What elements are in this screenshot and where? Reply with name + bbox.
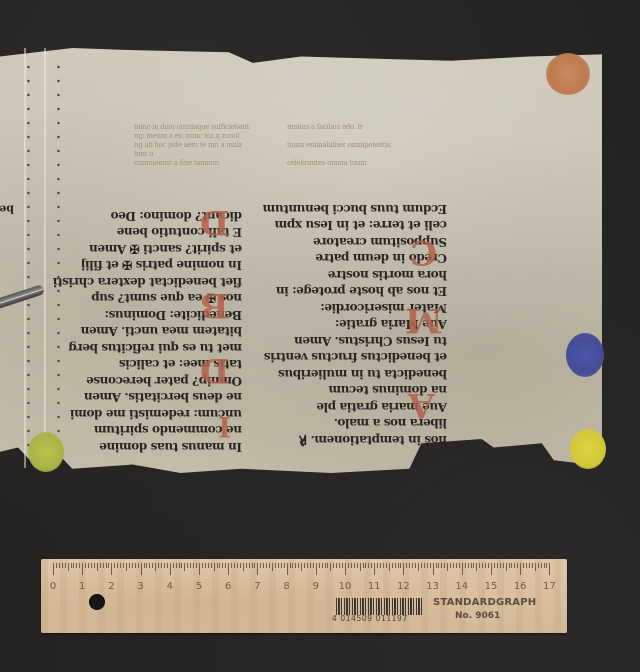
ruler-model: No. 9061 xyxy=(455,611,500,621)
faint-line: ng ab hoc pste aem te mn a mnlz xyxy=(134,141,249,150)
ruler-tick xyxy=(441,563,442,568)
ruler-tick xyxy=(79,563,80,568)
ruler-brand: STANDARDGRAPH xyxy=(433,597,536,608)
ruler-tick xyxy=(307,563,308,568)
ruler-tick xyxy=(450,563,451,568)
ruler-tick xyxy=(56,563,57,568)
left-partial-text: benedic domine: Deo xyxy=(0,200,14,217)
ruler-number: 11 xyxy=(368,581,381,592)
ruler-tick xyxy=(485,563,486,568)
ruler-tick xyxy=(281,563,282,568)
ruler-tick xyxy=(193,563,194,568)
ruler-tick xyxy=(181,563,182,568)
ruler-tick xyxy=(409,563,410,568)
ruler-tick xyxy=(292,563,293,568)
ruler-tick xyxy=(330,563,331,571)
ruler-tick xyxy=(65,563,66,568)
ruler-tick xyxy=(144,563,145,568)
ruler-tick xyxy=(164,563,165,568)
ruler-tick xyxy=(228,563,229,575)
ruler-tick xyxy=(173,563,174,568)
faint-offset-text-right: manus a facibus edo. fr tuum eminabilite… xyxy=(287,123,391,168)
ruler-tick xyxy=(517,563,518,568)
ruler-tick xyxy=(398,563,399,568)
ruler-tick xyxy=(322,563,323,568)
ruler-tick xyxy=(260,563,261,568)
ruler-number: 15 xyxy=(485,581,498,592)
barcode xyxy=(336,598,422,615)
ruler-tick xyxy=(97,563,98,571)
ruler-tick xyxy=(301,563,302,571)
ruler-tick xyxy=(263,563,264,568)
ruler-tick xyxy=(149,563,150,568)
ruler-tick xyxy=(386,563,387,568)
ruler-number: 16 xyxy=(514,581,527,592)
ruler-tick xyxy=(354,563,355,568)
ruler-tick xyxy=(430,563,431,568)
ruler-number: 0 xyxy=(50,581,56,592)
ruler-tick xyxy=(374,563,375,575)
ruler-tick xyxy=(488,563,489,568)
ruler-tick xyxy=(278,563,279,568)
ruler-tick xyxy=(427,563,428,568)
ruler-tick xyxy=(252,563,253,568)
ruler-tick xyxy=(103,563,104,568)
rubric-initial: B xyxy=(200,285,229,325)
ruler-tick xyxy=(345,563,346,575)
faint-line: tum u xyxy=(134,150,249,159)
ruler-tick xyxy=(222,563,223,568)
ruler-tick xyxy=(85,563,86,568)
ruler-tick xyxy=(406,563,407,568)
orange-pigment-spot xyxy=(546,53,590,95)
ruler-tick xyxy=(526,563,527,568)
ruler-tick xyxy=(380,563,381,568)
ruler-number: 3 xyxy=(137,581,143,592)
ruler-tick xyxy=(357,563,358,568)
ruler-tick xyxy=(544,563,545,568)
ruler-tick xyxy=(529,563,530,568)
ruler-number: 6 xyxy=(225,581,231,592)
ruler-tick xyxy=(523,563,524,568)
ruler-tick xyxy=(272,563,273,571)
ruler-tick xyxy=(219,563,220,568)
ruler-tick xyxy=(473,563,474,568)
faint-line: cunnuemur a fine nminnn xyxy=(134,159,249,168)
ruler-tick xyxy=(141,563,142,575)
ruler-tick xyxy=(511,563,512,568)
text-line: ne commendo spiritum xyxy=(72,422,242,439)
ruler-tick xyxy=(339,563,340,568)
ruler-tick xyxy=(170,563,171,575)
ruler-tick xyxy=(202,563,203,568)
ruler-tick xyxy=(520,563,521,575)
ruler-tick xyxy=(217,563,218,568)
ruler-tick xyxy=(514,563,515,568)
ruler-number: 10 xyxy=(339,581,352,592)
ruler-tick xyxy=(363,563,364,568)
fold-line xyxy=(44,48,46,468)
ruler-tick xyxy=(494,563,495,568)
ruler-tick xyxy=(459,563,460,568)
ruler-number: 14 xyxy=(455,581,468,592)
ruler-tick xyxy=(503,563,504,568)
ruler-tick xyxy=(476,563,477,571)
ruler-tick xyxy=(415,563,416,568)
fold-line xyxy=(24,48,26,468)
ruler-tick xyxy=(377,563,378,568)
ruler-tick xyxy=(94,563,95,568)
text-line: In nomine patris ✠ et filij xyxy=(72,257,242,274)
ruler-number: 13 xyxy=(426,581,439,592)
ruler-tick xyxy=(161,563,162,568)
ruler-number: 7 xyxy=(254,581,260,592)
ruler-tick xyxy=(453,563,454,568)
ruler-tick xyxy=(433,563,434,575)
ruler-number: 12 xyxy=(397,581,410,592)
text-line: et spirit? sancti ✠ Amen xyxy=(72,241,242,258)
ruler-tick xyxy=(333,563,334,568)
ruler-tick xyxy=(392,563,393,568)
ruler-tick xyxy=(82,563,83,575)
ruler-tick xyxy=(400,563,401,568)
ruler-tick xyxy=(73,563,74,568)
ruler-tick xyxy=(368,563,369,568)
ruler-tick xyxy=(71,563,72,568)
ruler-tick xyxy=(205,563,206,568)
sewing-holes xyxy=(27,60,30,450)
ruler-tick xyxy=(403,563,404,575)
sewing-holes xyxy=(57,60,60,450)
scale-ruler: 01234567891011121314151617 4 014509 0111… xyxy=(41,559,567,633)
ruler-tick xyxy=(275,563,276,568)
ruler-tick xyxy=(249,563,250,568)
ruler-tick xyxy=(208,563,209,568)
ruler-tick xyxy=(287,563,288,575)
ruler-tick xyxy=(126,563,127,571)
ruler-tick xyxy=(436,563,437,568)
text-line: Et nos ab hoste protege: in xyxy=(277,283,447,300)
ruler-tick xyxy=(123,563,124,568)
text-line: uncum: redemisti me domi xyxy=(72,406,242,423)
ruler-tick xyxy=(479,563,480,568)
ruler-tick xyxy=(211,563,212,568)
text-line: benedic domine: Deo xyxy=(0,203,14,216)
ruler-tick xyxy=(129,563,130,568)
ruler-tick xyxy=(325,563,326,568)
ruler-tick xyxy=(146,563,147,568)
faint-line: nunc in dom omniaque sufficiebant xyxy=(134,123,249,132)
yellow-pigment-spot xyxy=(570,429,606,469)
ruler-tick xyxy=(269,563,270,568)
ruler-tick xyxy=(158,563,159,568)
ruler-tick xyxy=(365,563,366,568)
faint-line: ng: meum z ex: nunc inz q zunol xyxy=(134,132,249,141)
ruler-tick xyxy=(535,563,536,571)
yellow-green-pigment-spot xyxy=(28,432,64,472)
text-line: et benedictus fructus ventris xyxy=(277,349,447,366)
ruler-tick xyxy=(231,563,232,568)
ruler-tick xyxy=(336,563,337,568)
ruler-tick xyxy=(225,563,226,568)
rubric-initial: D xyxy=(200,350,229,390)
text-column-left: In manus tuas domine ne commendo spiritu… xyxy=(72,205,242,455)
ruler-tick xyxy=(176,563,177,568)
ruler-tick xyxy=(190,563,191,568)
ruler-tick xyxy=(383,563,384,568)
ruler-tick xyxy=(418,563,419,571)
ruler-tick xyxy=(316,563,317,575)
ruler-tick xyxy=(179,563,180,568)
ruler-tick xyxy=(234,563,235,568)
ruler-tick xyxy=(549,563,550,575)
ruler-tick xyxy=(106,563,107,568)
ruler-tick xyxy=(421,563,422,568)
ruler-tick xyxy=(541,563,542,568)
ruler-tick xyxy=(152,563,153,568)
ruler-tick xyxy=(199,563,200,575)
faint-offset-text-left: nunc in dom omniaque sufficiebant ng: me… xyxy=(134,123,249,168)
ruler-tick xyxy=(298,563,299,568)
ruler-tick xyxy=(360,563,361,571)
ruler-tick xyxy=(290,563,291,568)
ruler-tick xyxy=(319,563,320,568)
text-line: ne deus bercitatis. Amen xyxy=(72,389,242,406)
text-line: In manus tuas domine xyxy=(72,439,242,456)
ruler-tick xyxy=(395,563,396,568)
ruler-number: 4 xyxy=(167,581,173,592)
ruler-tick xyxy=(91,563,92,568)
ruler-tick xyxy=(88,563,89,568)
text-line: bitatem mea uncti. Amen xyxy=(72,323,242,340)
ruler-number: 5 xyxy=(196,581,202,592)
barcode-number: 4 014509 011197 xyxy=(332,614,408,623)
ruler-tick xyxy=(76,563,77,568)
blue-pigment-spot xyxy=(566,333,604,377)
ruler-tick xyxy=(304,563,305,568)
ruler-tick xyxy=(100,563,101,568)
text-line: Ecdum tuus bucci benuntum xyxy=(277,201,447,218)
ruler-tick xyxy=(538,563,539,568)
ruler-number: 8 xyxy=(283,581,289,592)
text-line: benedicta tu in mulieribus xyxy=(277,366,447,383)
ruler-tick xyxy=(284,563,285,568)
ruler-tick xyxy=(532,563,533,568)
ruler-tick xyxy=(295,563,296,568)
ruler-tick xyxy=(444,563,445,568)
ruler-tick xyxy=(243,563,244,571)
ruler-tick xyxy=(214,563,215,571)
ruler-tick xyxy=(108,563,109,568)
ruler-tick xyxy=(327,563,328,568)
ruler-tick xyxy=(438,563,439,568)
ruler-tick xyxy=(184,563,185,571)
ruler-tick xyxy=(310,563,311,568)
ruler-tick xyxy=(114,563,115,568)
rubric-initial: C xyxy=(410,232,437,272)
ruler-tick xyxy=(546,563,547,568)
faint-line: manus a facibus edo. fr xyxy=(287,123,391,132)
ruler-tick xyxy=(468,563,469,568)
ruler-tick xyxy=(120,563,121,568)
ruler-tick xyxy=(266,563,267,568)
ruler-tick xyxy=(138,563,139,568)
rubric-initial: I xyxy=(218,410,231,443)
ruler-tick xyxy=(135,563,136,568)
ruler-tick xyxy=(412,563,413,568)
ruler-tick xyxy=(59,563,60,568)
ruler-tick xyxy=(497,563,498,568)
ruler-tick xyxy=(117,563,118,568)
rubric-initial: A xyxy=(408,385,434,425)
ruler-tick xyxy=(500,563,501,568)
ruler-tick xyxy=(62,563,63,568)
ruler-tick xyxy=(237,563,238,568)
ruler-tick xyxy=(167,563,168,568)
ruler-tick xyxy=(342,563,343,568)
ruler-tick xyxy=(509,563,510,568)
ruler-tick xyxy=(482,563,483,568)
ruler-tick xyxy=(351,563,352,568)
ruler-tick xyxy=(246,563,247,568)
ruler-tick xyxy=(465,563,466,568)
ruler-tick xyxy=(462,563,463,575)
ruler-tick xyxy=(132,563,133,568)
ruler-tick xyxy=(389,563,390,571)
ruler-tick xyxy=(313,563,314,568)
ruler-tick xyxy=(471,563,472,568)
ruler-tick xyxy=(196,563,197,568)
ruler-number: 1 xyxy=(79,581,85,592)
ruler-tick xyxy=(68,563,69,571)
ruler-tick xyxy=(240,563,241,568)
ruler-tick xyxy=(111,563,112,575)
text-line: nos in temptationem. ℟ xyxy=(277,432,447,449)
ruler-tick xyxy=(257,563,258,575)
ruler-tick xyxy=(456,563,457,568)
ruler-number: 9 xyxy=(313,581,319,592)
ruler-number: 17 xyxy=(543,581,556,592)
ruler-tick xyxy=(155,563,156,571)
ruler-hang-hole xyxy=(89,594,105,610)
rubric-initial: M xyxy=(405,300,443,340)
ruler-tick xyxy=(506,563,507,571)
faint-line: tuum eminabiliter omnipotentis xyxy=(287,141,391,150)
rubric-initial: D xyxy=(200,202,229,242)
ruler-tick xyxy=(348,563,349,568)
ruler-tick xyxy=(447,563,448,571)
ruler-tick xyxy=(371,563,372,568)
ruler-tick xyxy=(424,563,425,568)
ruler-tick xyxy=(187,563,188,568)
ruler-ticks: 01234567891011121314151617 xyxy=(53,563,553,577)
ruler-tick xyxy=(53,563,54,575)
ruler-number: 2 xyxy=(108,581,114,592)
ruler-tick xyxy=(254,563,255,568)
faint-line: celebrantes omnia tuum xyxy=(287,159,391,168)
ruler-tick xyxy=(491,563,492,575)
